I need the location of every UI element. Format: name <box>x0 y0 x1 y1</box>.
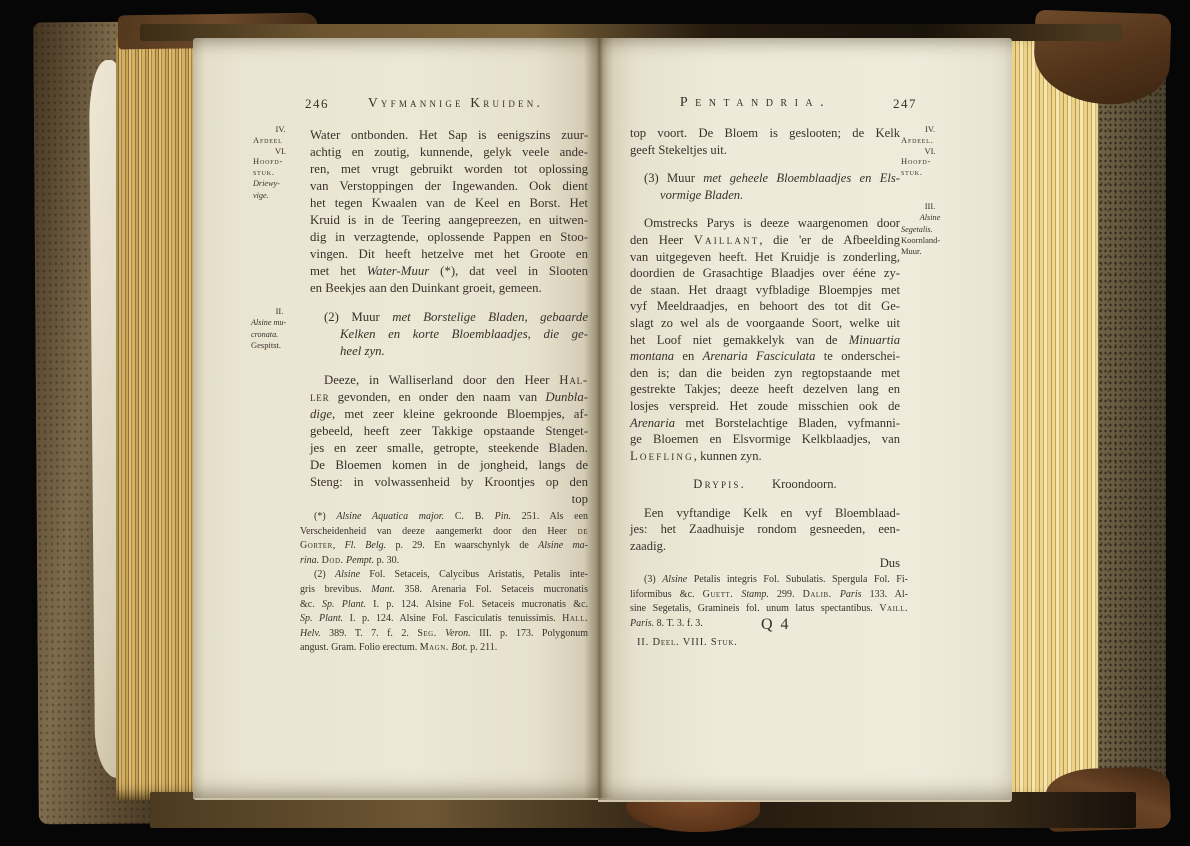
text-segment: Omstrecks Parys is deeze waargenomen doo… <box>644 216 900 230</box>
text-segment: te onderschei- <box>815 349 900 363</box>
text-segment: Water-Muur <box>367 264 430 278</box>
text-segment: dige <box>310 407 332 421</box>
text-segment: Dunbla- <box>545 390 588 404</box>
text-segment: Veron. <box>445 628 470 639</box>
text-line: Gorter, Fl. Belg. p. 29. En waarschynlyk… <box>300 539 588 554</box>
text-segment: zaadig. <box>630 539 666 553</box>
text-line: (*) Alsine Aquatica major. C. B. Pin. 25… <box>300 510 588 525</box>
text-line: III. <box>901 201 959 212</box>
text-line: Loefling, kunnen zyn. <box>630 448 900 465</box>
left-margin-note-species: II.Alsine mu-cronata.Gespitst. <box>251 306 308 351</box>
text-line: liformibus &c. Guett. Stamp. 299. Dalib.… <box>630 588 908 603</box>
text-segment: top voort. De Bloem is geslooten; de Kel… <box>630 126 900 140</box>
text-line: het Loof niet gemakkelyk van de Minuarti… <box>630 332 900 349</box>
text-line: montana en Arenaria Fasciculata te onder… <box>630 348 900 365</box>
text-line: (3) Alsine Petalis integris Fol. Subulat… <box>630 573 908 588</box>
text-segment: Seg. <box>417 628 436 639</box>
text-segment: (*), dat veel in Slooten <box>429 264 588 278</box>
text-line: slagt zo wel als de voorgaande Soort, we… <box>630 315 900 332</box>
text-segment: vormige Bladen. <box>660 188 743 202</box>
left-page: 246 Vyfmannige Kruiden. IV.AfdeelVI.Hoof… <box>193 38 598 800</box>
text-line: jes: het Zaadhuisje rondom gesneeden, ee… <box>630 521 900 538</box>
text-line: Arenaria met Borstelachtige Bladen, vyfm… <box>630 415 900 432</box>
text-line: den Heer Vaillant, die 'er de Afbeelding <box>630 232 900 249</box>
text-line: Hoofd- <box>253 156 308 167</box>
text-segment: Hal- <box>559 373 588 387</box>
text-line: vormige Bladen. <box>630 187 900 204</box>
text-segment: cronata. <box>251 330 278 339</box>
text-segment <box>437 628 445 639</box>
text-line: zaadig. <box>630 538 900 555</box>
text-line: II. Deel. VIII. Stuk. <box>637 637 767 649</box>
text-segment: p. 211. <box>468 642 498 653</box>
text-segment: Alsine ma- <box>538 540 588 551</box>
text-segment <box>832 589 840 600</box>
text-line: Alsine mu- <box>251 317 308 329</box>
text-segment: Dus <box>880 556 900 570</box>
text-line: IV. <box>901 124 959 135</box>
text-line: VI. <box>901 146 959 157</box>
left-running-title: Vyfmannige Kruiden. <box>323 95 588 111</box>
text-segment: , die 'er de Afbeelding <box>759 233 900 247</box>
text-segment: Dod. <box>322 555 344 566</box>
text-segment: Guett. <box>703 589 734 600</box>
text-line: den is; dan die beiden zyn regtopstaande… <box>630 365 900 382</box>
text-line: het tegen Kwaalen van de Keel en Borst. … <box>310 195 588 212</box>
right-body-text: top voort. De Bloem is geslooten; de Kel… <box>630 125 900 571</box>
text-segment: jes: het Zaadhuisje rondom gesneeden, ee… <box>630 522 900 536</box>
text-segment: , kunnen zyn. <box>694 449 762 463</box>
right-margin-note-chapter: IV.Afdeel.VI.Hoofd-stuk. <box>901 124 959 178</box>
text-line: van uitgegeven heeft. Het Kruidje is zon… <box>630 249 900 266</box>
text-line: II. <box>251 306 308 317</box>
text-line: Deeze, in Walliserland door den Heer Hal… <box>310 372 588 389</box>
text-segment: 133. Al- <box>861 589 908 600</box>
right-cover-board <box>1098 44 1166 814</box>
text-line: Alsine <box>901 212 959 224</box>
text-segment: Kelken en korte Bloemblaadjes, die ge- <box>340 327 588 341</box>
text-line: top <box>310 491 588 508</box>
text-segment: Paris <box>840 589 862 600</box>
text-line: sine Segetalis, Gramineis fol. unum latu… <box>630 602 908 617</box>
text-segment: Water ontbonden. Het Sap is eenigszins z… <box>310 128 588 142</box>
text-segment: p. 30. <box>374 555 399 566</box>
text-line: Sp. Plant. I. p. 124. Alsine Fol. Fascic… <box>300 612 588 627</box>
text-segment: met geheele Bloemblaadjes en Els- <box>703 171 900 185</box>
text-segment: 251. Als een <box>511 511 588 522</box>
right-running-title: Pentandria. <box>628 95 883 111</box>
text-line: stuk. <box>901 167 959 178</box>
text-segment: &c. <box>300 599 322 610</box>
text-segment: de staan. Het draagt vyfbladige Bloempje… <box>630 283 900 297</box>
text-line: Gespitst. <box>251 340 308 351</box>
text-segment: gris brevibus. <box>300 584 371 595</box>
text-segment: stuk. <box>253 167 275 177</box>
text-line: ler gevonden, en onder den naam van Dunb… <box>310 389 588 406</box>
text-line: Drypis.Kroondoorn. <box>630 476 900 493</box>
text-segment: Alsine Aquatica major. <box>336 511 444 522</box>
text-segment: vingen. Dit heeft hetzelve met het Groot… <box>310 247 588 261</box>
text-segment: Fol. Setaceis, Calycibus Aristatis, Peta… <box>360 569 588 580</box>
text-segment: Alsine <box>920 213 940 222</box>
text-line: dig in verzagtende, oplossende Pappen en… <box>310 229 588 246</box>
text-segment: Kruid is in de Teering aangepreezen, en … <box>310 213 588 227</box>
book-scan-photo: { "palette":{ "background":"#060606", "p… <box>0 0 1190 846</box>
text-segment: , met zeer kleine gekroonde Bloempjes, a… <box>332 407 588 421</box>
text-line: Water ontbonden. Het Sap is eenigszins z… <box>310 127 588 144</box>
text-line: en Beekjes aan den Duinkant groeit, geme… <box>310 280 588 297</box>
text-segment: losjes verspreid. Het zoude misschien oo… <box>630 399 900 413</box>
text-segment: Steng: in volwassenheid by Kroontjes op … <box>310 475 588 489</box>
text-segment: rina. <box>300 555 319 566</box>
text-line: ren, met vrugt gebruikt worden tot oplos… <box>310 161 588 178</box>
text-line: Driewy- <box>253 178 308 190</box>
text-line: gebeeld, heeft zeer Takkige opstaande St… <box>310 423 588 440</box>
text-segment: de <box>578 526 588 537</box>
text-segment: van uitgegeven heeft. Het Kruidje is zon… <box>630 250 900 264</box>
text-segment: Een vyftandige Kelk en vyf Bloemblaad- <box>644 506 900 520</box>
text-segment: Paris. <box>630 618 654 629</box>
text-line: Dus <box>630 555 900 572</box>
text-segment: doordien de Grasachtige Blaadjes over éé… <box>630 266 900 280</box>
text-segment: Pempt. <box>346 555 374 566</box>
text-segment: met Borstelachtige Bladen, vyfmanni- <box>675 416 900 430</box>
text-segment: den is; dan die beiden zyn regtopstaande… <box>630 366 900 380</box>
text-segment: liformibus &c. <box>630 589 703 600</box>
text-line: Een vyftandige Kelk en vyf Bloemblaad- <box>630 505 900 522</box>
text-segment: en Beekjes aan den Duinkant groeit, geme… <box>310 281 542 295</box>
text-segment: montana <box>630 349 674 363</box>
text-line: Afdeel. <box>901 135 959 146</box>
text-line: geeft Stekeltjes uit. <box>630 142 900 159</box>
text-segment: Mant. <box>371 584 395 595</box>
text-segment: (*) <box>314 511 336 522</box>
text-segment: angust. Gram. Folio erectum. <box>300 642 420 653</box>
text-line: gris brevibus. Mant. 358. Arenaria Fol. … <box>300 583 588 598</box>
text-line: (3) Muur met geheele Bloemblaadjes en El… <box>630 170 900 187</box>
text-segment: 8. T. 3. f. 3. <box>654 618 703 629</box>
text-segment: Sp. Plant. <box>322 599 366 610</box>
text-segment: Hoofd- <box>901 156 931 166</box>
text-segment: het Loof niet gemakkelyk van de <box>630 333 849 347</box>
text-segment: top <box>572 492 588 506</box>
text-line: van Verstoppingen der Ingewanden. Ook di… <box>310 178 588 195</box>
text-line: jes en zeer smalle, getropte, steekende … <box>310 440 588 457</box>
text-segment: (3) <box>644 574 662 585</box>
text-segment: Stamp. <box>741 589 769 600</box>
text-segment: achtig en zoutig, kunnende, gelyk veele … <box>310 145 588 159</box>
text-segment: Hoofd- <box>253 156 283 166</box>
text-segment: Deeze, in Walliserland door den Heer <box>324 373 559 387</box>
text-line: doordien de Grasachtige Blaadjes over éé… <box>630 265 900 282</box>
text-segment: Gorter <box>300 540 333 551</box>
left-footnotes: (*) Alsine Aquatica major. C. B. Pin. 25… <box>300 510 588 656</box>
text-segment: ler <box>310 390 329 404</box>
text-segment: jes en zeer smalle, getropte, steekende … <box>310 441 588 455</box>
text-segment: Arenaria <box>630 416 675 430</box>
text-segment: II. Deel. VIII. Stuk. <box>637 637 738 648</box>
text-line: losjes verspreid. Het zoude misschien oo… <box>630 398 900 415</box>
text-segment: Minuartia <box>849 333 900 347</box>
text-segment: De Bloemen komen in de jongheid, langs d… <box>310 458 588 472</box>
text-segment: Vaill. <box>879 603 908 614</box>
text-line: Kelken en korte Bloemblaadjes, die ge- <box>310 326 588 343</box>
text-line: cronata. <box>251 329 308 341</box>
text-segment: met het <box>310 264 367 278</box>
text-segment: Afdeel. <box>901 135 934 145</box>
text-segment: den Heer <box>630 233 694 247</box>
text-line: Hoofd- <box>901 156 959 167</box>
text-segment: met Borstelige Bladen, gebaarde <box>392 310 588 324</box>
text-line: de staan. Het draagt vyfbladige Bloempje… <box>630 282 900 299</box>
text-segment: ren, met vrugt gebruikt worden tot oplos… <box>310 162 588 176</box>
left-body-text: Water ontbonden. Het Sap is eenigszins z… <box>310 127 588 508</box>
text-segment: Helv. <box>300 628 321 639</box>
text-segment: Muur. <box>901 246 922 256</box>
left-margin-note-chapter: IV.AfdeelVI.Hoofd-stuk.Driewy-vige. <box>253 124 308 202</box>
text-segment: (2) <box>314 569 335 580</box>
text-segment: Petalis integris Fol. Subulatis. Spergul… <box>687 574 908 585</box>
text-line: top voort. De Bloem is geslooten; de Kel… <box>630 125 900 142</box>
text-segment: Fl. Belg. <box>345 540 387 551</box>
text-line: vige. <box>253 190 308 202</box>
text-line: Kruid is in de Teering aangepreezen, en … <box>310 212 588 229</box>
text-line: angust. Gram. Folio erectum. Magn. Bot. … <box>300 641 588 656</box>
text-segment: gestrekte Takjes; deeze heeft dezelven l… <box>630 382 900 396</box>
text-segment: heel zyn. <box>340 344 385 358</box>
text-line: vyf Meeldraadjes, en behoort des tot dit… <box>630 298 900 315</box>
text-segment: geeft Stekeltjes uit. <box>630 143 727 157</box>
text-line: rina. Dod. Pempt. p. 30. <box>300 554 588 569</box>
text-segment: C. B. <box>444 511 495 522</box>
text-segment: Koornland- <box>901 235 940 245</box>
text-segment: Alsine mu- <box>251 318 286 327</box>
text-segment: Arenaria Fasciculata <box>703 349 816 363</box>
text-line: Afdeel <box>253 135 308 146</box>
text-segment: gevonden, en onder den naam van <box>329 390 545 404</box>
text-segment: Gespitst. <box>251 340 281 350</box>
text-segment: vige. <box>253 191 269 200</box>
text-segment: VI. <box>924 146 935 156</box>
text-line: IV. <box>253 124 308 135</box>
text-segment: en <box>674 349 703 363</box>
text-line: Verscheidenheid van deeze aangemerkt doo… <box>300 525 588 540</box>
right-page: Pentandria. 247 IV.Afdeel.VI.Hoofd-stuk.… <box>598 38 1012 802</box>
text-segment: ge Bloemen en Elsvormige Kelkblaadjes, v… <box>630 432 900 446</box>
volume-imprint: II. Deel. VIII. Stuk. <box>637 637 767 649</box>
text-line: gestrekte Takjes; deeze heeft dezelven l… <box>630 381 900 398</box>
text-segment: gebeeld, heeft zeer Takkige opstaande St… <box>310 424 588 438</box>
text-segment: II. <box>276 306 284 316</box>
right-page-number: 247 <box>893 96 917 112</box>
text-line: stuk. <box>253 167 308 178</box>
text-line: Steng: in volwassenheid by Kroontjes op … <box>310 474 588 491</box>
text-line: (2) Muur met Borstelige Bladen, gebaarde <box>310 309 588 326</box>
text-segment: 299. <box>769 589 803 600</box>
text-segment: stuk. <box>901 167 923 177</box>
right-margin-note-species: III.AlsineSegetalis.Koornland-Muur. <box>901 201 959 257</box>
text-line: vingen. Dit heeft hetzelve met het Groot… <box>310 246 588 263</box>
text-line: Muur. <box>901 246 959 257</box>
text-segment: p. 29. En waarschynlyk de <box>386 540 538 551</box>
text-line: Koornland- <box>901 235 959 246</box>
text-segment: I. p. 124. Alsine Fol. Fasciculatis tenu… <box>343 613 562 624</box>
text-segment: III. <box>925 201 936 211</box>
text-segment: Segetalis. <box>901 225 933 234</box>
text-segment: slagt zo wel als de voorgaande Soort, we… <box>630 316 900 330</box>
text-segment: Loefling <box>630 449 694 463</box>
text-line: ge Bloemen en Elsvormige Kelkblaadjes, v… <box>630 431 900 448</box>
text-line: VI. <box>253 146 308 157</box>
text-segment: VI. <box>275 146 286 156</box>
text-segment: het tegen Kwaalen van de Keel en Borst. … <box>310 196 588 210</box>
signature-mark: Q 4 <box>761 616 791 634</box>
text-segment: Vaillant <box>694 233 760 247</box>
text-segment: Driewy- <box>253 179 280 188</box>
text-line: heel zyn. <box>310 343 588 360</box>
text-segment: 389. T. 7. f. 2. <box>321 628 418 639</box>
text-line: Segetalis. <box>901 224 959 236</box>
text-segment: Sp. Plant. <box>300 613 343 624</box>
text-line: (2) Alsine Fol. Setaceis, Calycibus Aris… <box>300 568 588 583</box>
text-segment: IV. <box>276 124 286 134</box>
text-segment: Kroondoorn. <box>772 477 837 491</box>
text-line: achtig en zoutig, kunnende, gelyk veele … <box>310 144 588 161</box>
text-segment: (2) Muur <box>324 310 392 324</box>
left-fanned-page-edges <box>116 32 198 800</box>
text-segment: van Verstoppingen der Ingewanden. Ook di… <box>310 179 588 193</box>
text-segment: Alsine <box>335 569 360 580</box>
text-line: Omstrecks Parys is deeze waargenomen doo… <box>630 215 900 232</box>
text-line: &c. Sp. Plant. I. p. 124. Alsine Fol. Se… <box>300 598 588 613</box>
text-segment: Pin. <box>495 511 511 522</box>
text-segment: dig in verzagtende, oplossende Pappen en… <box>310 230 588 244</box>
text-segment: Magn. <box>420 642 449 653</box>
text-segment: III. p. 173. Polygonum <box>471 628 588 639</box>
text-line: De Bloemen komen in de jongheid, langs d… <box>310 457 588 474</box>
text-segment: Dalib. <box>803 589 832 600</box>
text-segment: Bot. <box>451 642 467 653</box>
text-segment: Verscheidenheid van deeze aangemerkt doo… <box>300 526 578 537</box>
text-line: Helv. 389. T. 7. f. 2. Seg. Veron. III. … <box>300 627 588 642</box>
text-line: dige, met zeer kleine gekroonde Bloempje… <box>310 406 588 423</box>
text-segment: I. p. 124. Alsine Fol. Setaceis mucronat… <box>366 599 588 610</box>
text-segment: Hall. <box>562 613 588 624</box>
text-segment: Alsine <box>662 574 687 585</box>
text-segment: (3) Muur <box>644 171 703 185</box>
text-segment: IV. <box>925 124 935 134</box>
text-segment: , <box>333 540 345 551</box>
text-line: met het Water-Muur (*), dat veel in Sloo… <box>310 263 588 280</box>
text-segment: 358. Arenaria Fol. Setaceis mucronatis <box>395 584 588 595</box>
text-segment: Afdeel <box>253 135 283 145</box>
text-segment: sine Segetalis, Gramineis fol. unum latu… <box>630 603 879 614</box>
text-segment: vyf Meeldraadjes, en behoort des tot dit… <box>630 299 900 313</box>
text-segment: Drypis. <box>693 477 746 491</box>
